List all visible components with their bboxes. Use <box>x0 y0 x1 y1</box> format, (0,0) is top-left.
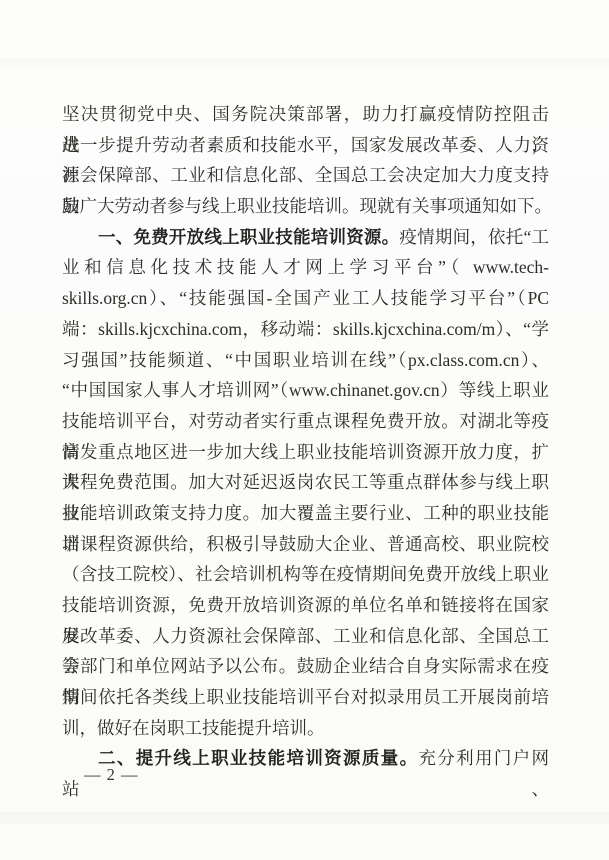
scan-streak-artifact <box>0 58 609 68</box>
body-text-run: 业和信息化技术技能人才网上学习平台”（ www.tech- <box>62 257 549 277</box>
text-line: 高发重点地区进一步加大线上职业技能培训资源开放力度，扩大 <box>62 437 549 468</box>
text-line: 展改革委、人力资源社会保障部、工业和信息化部、全国总工会 <box>62 621 549 652</box>
text-line: 进一步提升劳动者素质和技能水平，国家发展改革委、人力资源 <box>62 130 549 161</box>
text-line: “中国国家人事人才培训网”（www.chinanet.gov.cn）等线上职业 <box>62 375 549 406</box>
text-line: 社会保障部、工业和信息化部、全国总工会决定加大力度支持鼓 <box>62 160 549 191</box>
text-line: （含技工院校）、社会培训机构等在疫情期间免费开放线上职业 <box>62 559 549 590</box>
text-line: skills.org.cn）、“技能强国-全国产业工人技能学习平台”（PC <box>62 283 549 314</box>
body-text-run: （含技工院校）、社会培训机构等在疫情期间免费开放线上职业 <box>62 564 549 584</box>
text-line: 坚决贯彻党中央、国务院决策部署，助力打赢疫情防控阻击战， <box>62 99 549 130</box>
section-heading-run: 一、免费开放线上职业技能培训资源。 <box>98 227 399 247</box>
document-page: 坚决贯彻党中央、国务院决策部署，助力打赢疫情防控阻击战，进一步提升劳动者素质和技… <box>0 0 609 860</box>
document-body: 坚决贯彻党中央、国务院决策部署，助力打赢疫情防控阻击战，进一步提升劳动者素质和技… <box>62 99 549 774</box>
body-text-run: 期间依托各类线上职业技能培训平台对拟录用员工开展岗前培 <box>62 687 549 707</box>
text-line: 技能培训政策支持力度。加大覆盖主要行业、工种的职业技能培 <box>62 498 549 529</box>
text-line: 习强国”技能频道、“中国职业培训在线”（px.class.com.cn）、 <box>62 345 549 376</box>
text-line: 励广大劳动者参与线上职业技能培训。现就有关事项通知如下。 <box>62 191 549 222</box>
body-text-run: “中国国家人事人才培训网”（www.chinanet.gov.cn）等线上职业 <box>62 380 549 400</box>
body-text-run: 励广大劳动者参与线上职业技能培训。现就有关事项通知如下。 <box>62 196 552 216</box>
text-line: 课程免费范围。加大对延迟返岗农民工等重点群体参与线上职业 <box>62 467 549 498</box>
text-line: 业和信息化技术技能人才网上学习平台”（ www.tech- <box>62 252 549 283</box>
text-line: 等部门和单位网站予以公布。鼓励企业结合自身实际需求在疫情 <box>62 651 549 682</box>
scan-streak-artifact <box>0 812 609 824</box>
section-heading-run: 二、提升线上职业技能培训资源质量。 <box>98 748 418 768</box>
body-text-run: 习强国”技能频道、“中国职业培训在线”（px.class.com.cn）、 <box>62 350 549 370</box>
body-text-run: 疫情期间，依托“工 <box>399 227 549 247</box>
body-text-run: skills.org.cn）、“技能强国-全国产业工人技能学习平台”（PC <box>62 288 549 308</box>
text-line: 技能培训平台，对劳动者实行重点课程免费开放。对湖北等疫情 <box>62 406 549 437</box>
text-line: 训，做好在岗职工技能提升培训。 <box>62 713 549 744</box>
body-text-run: 端：skills.kjcxchina.com，移动端：skills.kjcxch… <box>62 319 549 339</box>
text-line: 技能培训资源，免费开放培训资源的单位名单和链接将在国家发 <box>62 590 549 621</box>
text-line: 期间依托各类线上职业技能培训平台对拟录用员工开展岗前培 <box>62 682 549 713</box>
body-text-run: 训，做好在岗职工技能提升培训。 <box>62 718 325 738</box>
page-number: — 2 — <box>84 764 139 786</box>
text-line: 一、免费开放线上职业技能培训资源。疫情期间，依托“工 <box>62 222 549 253</box>
text-line: 训课程资源供给，积极引导鼓励大企业、普通高校、职业院校 <box>62 529 549 560</box>
body-text-run: 训课程资源供给，积极引导鼓励大企业、普通高校、职业院校 <box>62 534 549 554</box>
text-line: 端：skills.kjcxchina.com，移动端：skills.kjcxch… <box>62 314 549 345</box>
